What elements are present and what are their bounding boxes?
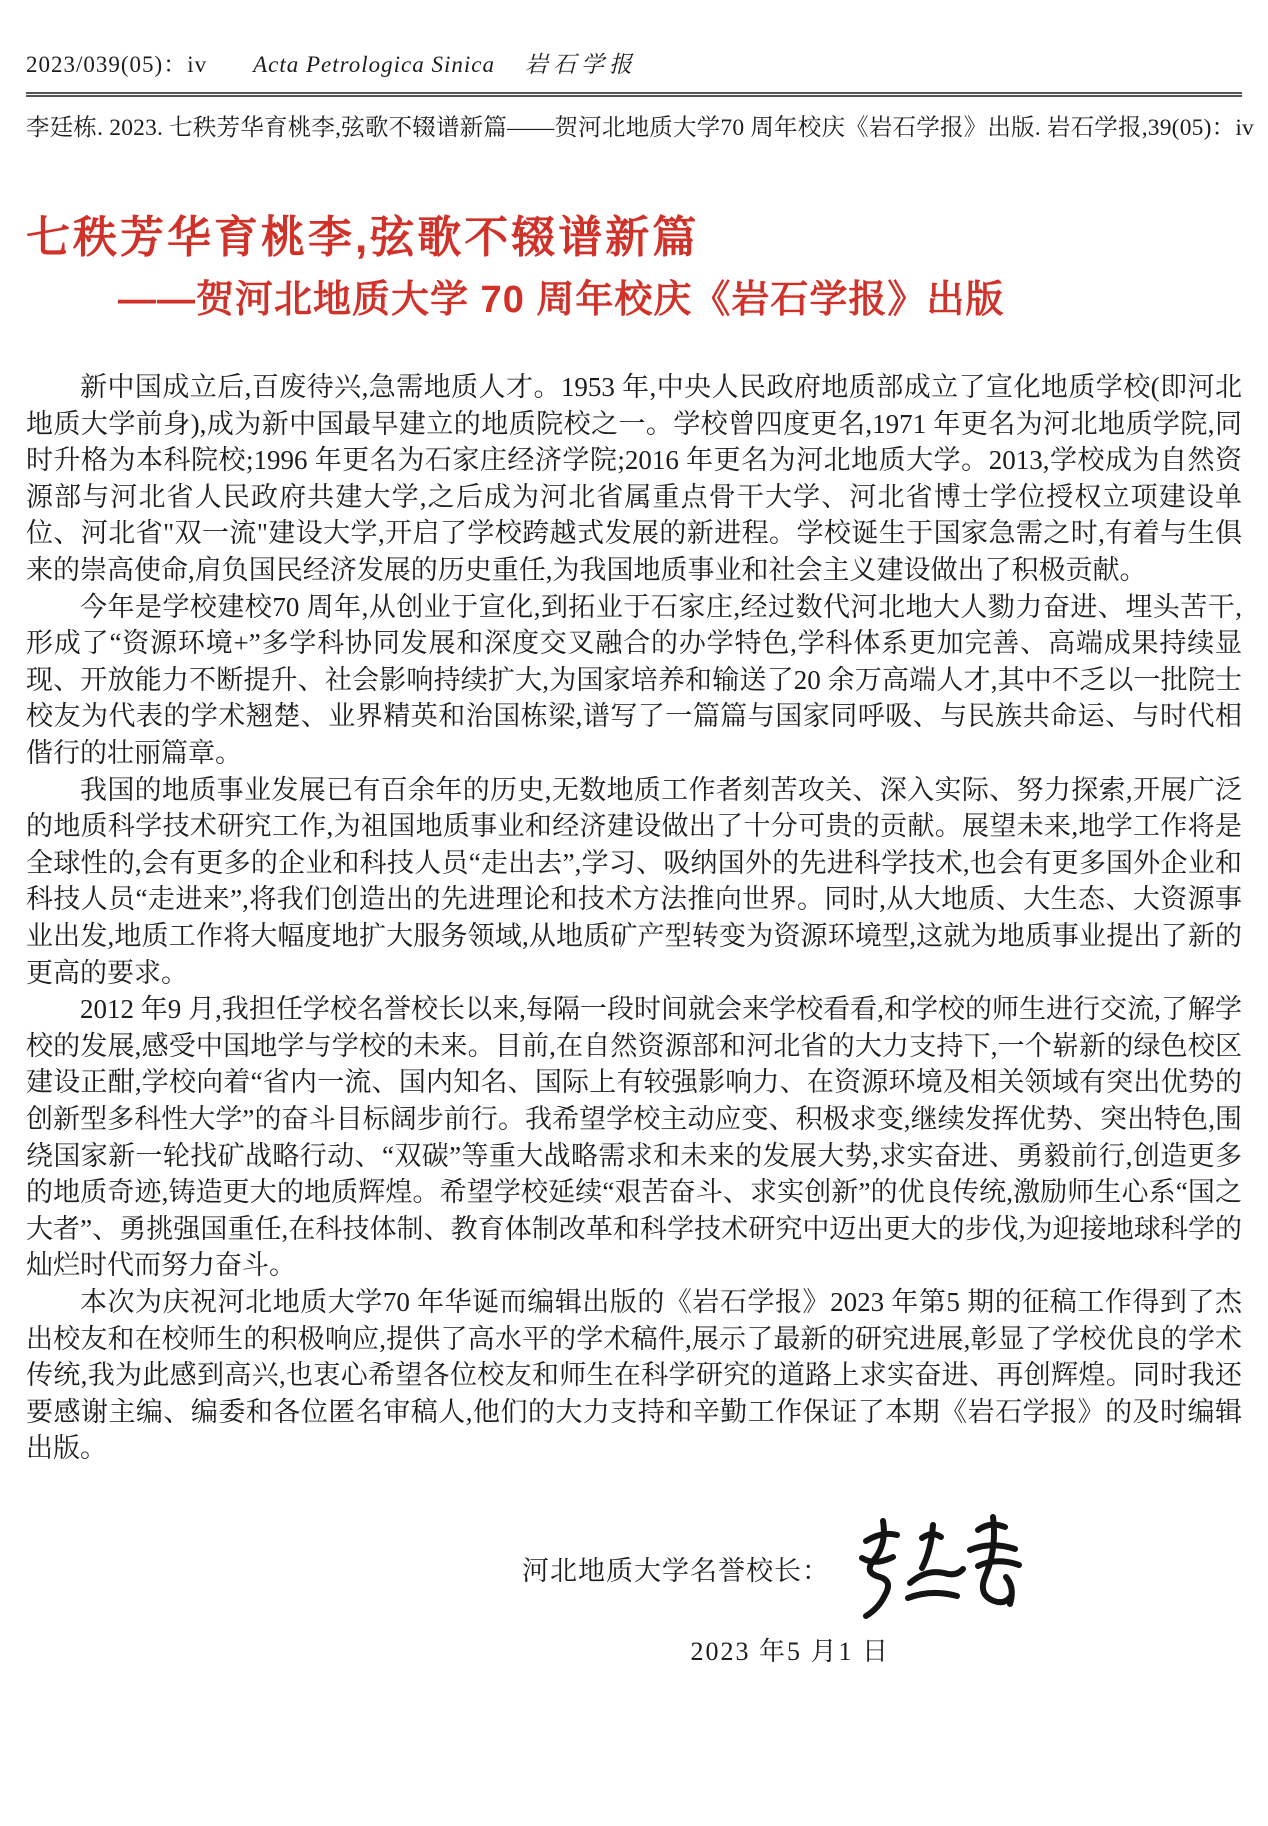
signature-block: 河北地质大学名誉校长： (26, 1511, 1242, 1627)
signature-label: 河北地质大学名誉校长： (522, 1549, 830, 1588)
paragraph: 我国的地质事业发展已有百余年的历史,无数地质工作者刻苦攻关、深入实际、努力探索,… (26, 772, 1242, 992)
article-title: 七秩芳华育桃李,弦歌不辍谱新篇 ——贺河北地质大学 70 周年校庆《岩石学报》出… (26, 214, 1242, 323)
article-title-main: 七秩芳华育桃李,弦歌不辍谱新篇 (26, 214, 1242, 262)
signature-date: 2023 年5 月1 日 (26, 1631, 1242, 1668)
issue-number: 2023/039(05)：iv (26, 46, 207, 79)
paragraph: 新中国成立后,百废待兴,急需地质人才。1953 年,中央人民政府地质部成立了宣化… (26, 369, 1242, 589)
paragraph: 2012 年9 月,我担任学校名誉校长以来,每隔一段时间就会来学校看看,和学校的… (26, 991, 1242, 1284)
header-rule (26, 92, 1242, 97)
journal-title-chinese: 岩石学报 (525, 46, 637, 79)
paragraph: 今年是学校建校70 周年,从创业于宣化,到拓业于石家庄,经过数代河北地大人勠力奋… (26, 589, 1242, 772)
article-title-subtitle: ——贺河北地质大学 70 周年校庆《岩石学报》出版 (118, 279, 1242, 323)
journal-page: 2023/039(05)：iv Acta Petrologica Sinica … (0, 0, 1268, 1826)
paragraph: 本次为庆祝河北地质大学70 年华诞而编辑出版的《岩石学报》2023 年第5 期的… (26, 1284, 1242, 1467)
citation-line: 李廷栋. 2023. 七秩芳华育桃李,弦歌不辍谱新篇——贺河北地质大学70 周年… (26, 108, 1242, 142)
article-body: 新中国成立后,百废待兴,急需地质人才。1953 年,中央人民政府地质部成立了宣化… (26, 369, 1242, 1467)
running-head: 2023/039(05)：iv Acta Petrologica Sinica … (26, 46, 1242, 79)
journal-title-latin: Acta Petrologica Sinica (253, 52, 495, 78)
handwritten-signature-image (838, 1511, 1030, 1627)
